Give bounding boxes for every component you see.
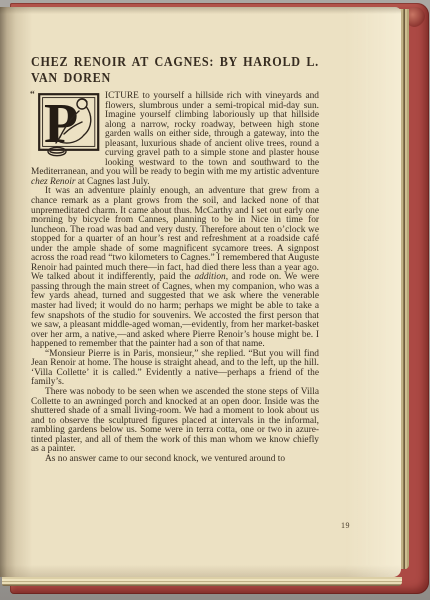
- opening-paragraph: “ P: [31, 92, 319, 187]
- page-bottom-edges: [2, 577, 402, 586]
- book-photo: CHEZ RENOIR AT CAGNES: BY HAROLD L. VAN …: [0, 0, 430, 600]
- paragraph: As no answer came to our second knock, w…: [31, 455, 319, 465]
- article-body: “ P: [31, 92, 319, 464]
- paragraph: It was an adventure plainly enough, an a…: [31, 187, 319, 349]
- body-text-run: It was an adventure plainly enough, an a…: [31, 186, 319, 282]
- italic-text: addition: [194, 272, 225, 282]
- page-content: CHEZ RENOIR AT CAGNES: BY HAROLD L. VAN …: [31, 54, 319, 464]
- page-number: 19: [62, 521, 350, 530]
- drop-cap-letter: P: [44, 93, 78, 155]
- paragraph-container: It was an adventure plainly enough, an a…: [31, 187, 319, 464]
- drop-cap-illustration-icon: P: [38, 93, 100, 159]
- body-text-run: There was nobody to be seen when we asce…: [31, 387, 319, 454]
- body-text-run: “Monsieur Pierre is in Paris, monsieur,”…: [31, 349, 319, 388]
- book-page: CHEZ RENOIR AT CAGNES: BY HAROLD L. VAN …: [0, 7, 401, 577]
- paragraph: There was nobody to be seen when we asce…: [31, 388, 319, 455]
- body-text-run: As no answer came to our second knock, w…: [45, 454, 285, 464]
- opening-quote-mark: “: [30, 91, 35, 101]
- article-title-line2: VAN DOREN: [31, 70, 290, 86]
- body-text-run: , and rode on. We were passing through t…: [31, 272, 319, 349]
- drop-cap: “ P: [31, 93, 101, 160]
- paragraph: “Monsieur Pierre is in Paris, monsieur,”…: [31, 350, 319, 388]
- article-title-line1: CHEZ RENOIR AT CAGNES: BY HAROLD L.: [31, 54, 290, 70]
